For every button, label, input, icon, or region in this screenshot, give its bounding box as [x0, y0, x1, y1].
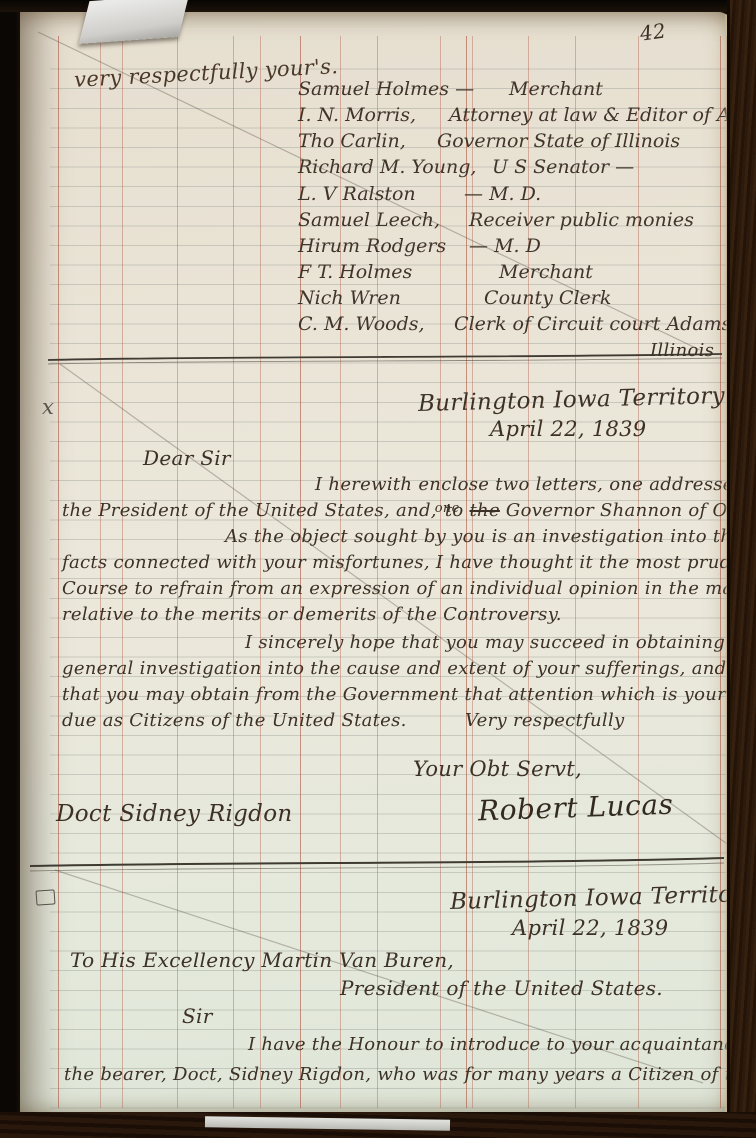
square-margin-mark — [35, 889, 55, 905]
signatory-name: Tho Carlin, — [298, 130, 431, 152]
signatory-name: I. N. Morris, — [298, 104, 443, 126]
letter2-body-line: I have the Honour to introduce to your a… — [248, 1034, 746, 1057]
page-number: 42 — [638, 18, 667, 46]
letter2-recipient-line1: To His Excellency Martin Van Buren, — [70, 948, 454, 973]
signatory-title: Merchant — [499, 261, 593, 283]
signatory-title: County Clerk — [484, 287, 611, 309]
letter1-addressee: Doct Sidney Rigdon — [56, 800, 292, 829]
signatory-title: — M. D. — [464, 183, 541, 205]
letter2-salutation: Sir — [182, 1004, 213, 1029]
letter1-body-line: relative to the merits or demerits of th… — [62, 604, 562, 627]
letter1-president-post: Governor Shannon of Ohio — — [500, 500, 756, 521]
letter1-date: April 22, 1839 — [490, 416, 646, 442]
signatory-row: Samuel Holmes — Merchant — [298, 78, 603, 100]
signatory-continuation: Illinois — [650, 340, 714, 363]
inserted-word: one — [435, 501, 460, 517]
signatory-title: — M. D — [469, 235, 541, 257]
signatory-name: C. M. Woods, — [298, 313, 448, 335]
manuscript-ledger-scan: 42 very respectfully your's. Samuel Holm… — [0, 0, 756, 1138]
letter1-body-line: As the object sought by you is an invest… — [225, 526, 743, 549]
letter1-body-line: due as Citizens of the United States. Ve… — [62, 710, 407, 733]
letter2-body-line: the bearer, Doct, Sidney Rigdon, who was… — [64, 1064, 755, 1087]
letter1-body-line: facts connected with your misfortunes, I… — [62, 552, 756, 575]
struck-word: the — [470, 500, 500, 521]
ledger-column-rule — [58, 36, 59, 1108]
letter1-due-line: due as Citizens of the United States. — [62, 710, 407, 731]
signatory-title: U S Senator — — [492, 156, 634, 178]
signatory-title: Clerk of Circuit court Adams Co — [454, 313, 756, 335]
signatory-row: L. V Ralston — M. D. — [298, 183, 541, 205]
letter1-body-line: general investigation into the cause and… — [62, 658, 726, 681]
signatory-row: Samuel Leech, Receiver public monies — [298, 209, 694, 231]
letter1-body-line: I herewith enclose two letters, one addr… — [315, 474, 756, 497]
letter2-recipient-line2: President of the United States. — [340, 976, 663, 1001]
letter1-body-line: Course to refrain from an expression of … — [62, 578, 756, 601]
signatory-name: Hirum Rodgers — [298, 235, 463, 257]
letter1-salutation: Dear Sir — [143, 446, 231, 471]
signatory-name: F T. Holmes — [298, 261, 493, 283]
letter1-president-pre: the President of the United States, and, — [62, 500, 437, 521]
signatory-name: Samuel Holmes — — [298, 78, 503, 100]
margin-x-mark: x — [42, 394, 54, 420]
signatory-row: F T. Holmes Merchant — [298, 261, 593, 283]
signatory-title: Attorney at law & Editor of Argus — [449, 104, 756, 126]
letter2-date: April 22, 1839 — [512, 915, 668, 941]
signatory-row: I. N. Morris, Attorney at law & Editor o… — [298, 104, 756, 126]
signatory-row: Nich Wren County Clerk — [298, 287, 611, 309]
signatory-row: Hirum Rodgers — M. D — [298, 235, 541, 257]
letter1-signature: Robert Lucas — [477, 787, 673, 829]
signatory-row: C. M. Woods, Clerk of Circuit court Adam… — [298, 313, 756, 335]
signatory-title: Merchant — [509, 78, 603, 100]
letter1-body-line: the President of the United States, and,… — [62, 500, 756, 523]
letter1-valediction: Your Obt Servt, — [413, 756, 582, 782]
signatory-name: Samuel Leech, — [298, 209, 463, 231]
letter1-closing: Very respectfully — [465, 710, 625, 733]
signatory-row: Tho Carlin, Governor State of Illinois — [298, 130, 680, 152]
signatory-title: Governor State of Illinois — [437, 130, 680, 152]
signatory-row: Richard M. Young, U S Senator — — [298, 156, 634, 178]
paper-slip — [79, 0, 189, 44]
signatory-name: Richard M. Young, — [298, 156, 486, 178]
letter1-body-line: that you may obtain from the Government … — [62, 684, 726, 707]
letter1-body-line: I sincerely hope that you may succeed in… — [245, 632, 742, 655]
book-binding-right — [727, 0, 756, 1138]
signatory-title: Receiver public monies — [469, 209, 694, 231]
signatory-name: Nich Wren — [298, 287, 478, 309]
book-binding-left — [0, 0, 22, 1138]
signatory-name: L. V Ralston — [298, 183, 458, 205]
